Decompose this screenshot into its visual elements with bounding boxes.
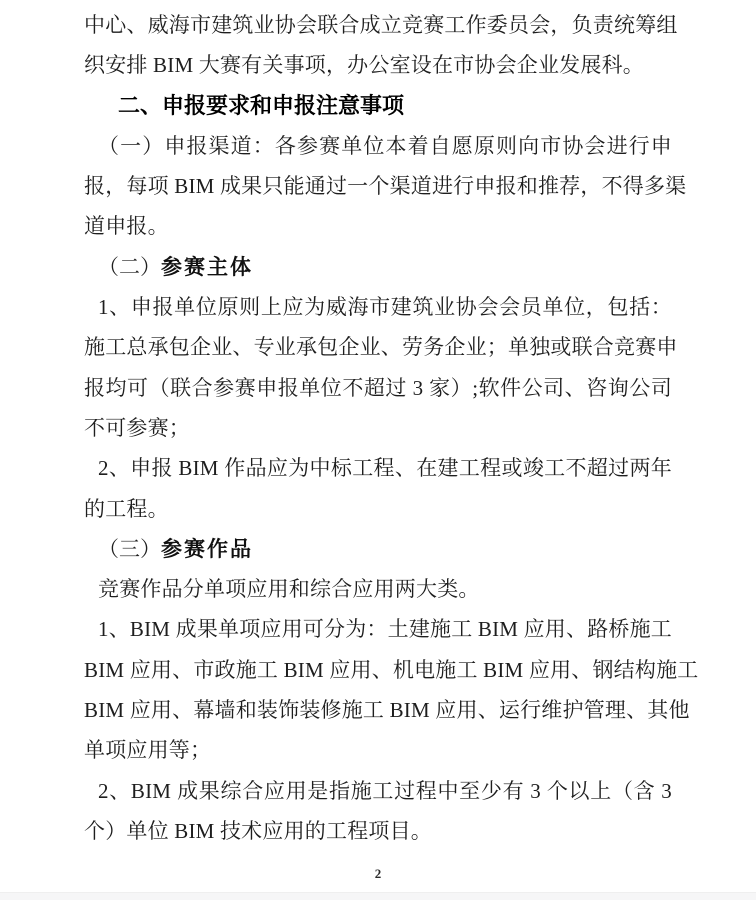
subsection-number: （二） [98, 255, 161, 279]
subsection-heading: （二）参赛主体 [84, 247, 672, 287]
body-line: 单项应用等； [84, 730, 672, 770]
page-bottom-edge [0, 892, 756, 900]
subsection-title: 参赛作品 [161, 537, 253, 561]
page-number: 2 [0, 866, 756, 882]
body-line: 报均可（联合参赛申报单位不超过 3 家）;软件公司、咨询公司 [84, 368, 672, 408]
body-line: 施工总承包企业、专业承包企业、劳务企业；单独或联合竞赛申 [84, 327, 672, 367]
subsection-number: （三） [98, 537, 161, 561]
document-page: 中心、威海市建筑业协会联合成立竞赛工作委员会，负责统筹组 织安排 BIM 大赛有… [0, 0, 756, 900]
body-line: （一）申报渠道：各参赛单位本着自愿原则向市协会进行申 [84, 126, 672, 166]
subsection-title: 参赛主体 [161, 255, 253, 279]
body-line: 2、BIM 成果综合应用是指施工过程中至少有 3 个以上（含 3 [84, 771, 672, 811]
subsection-heading: （三）参赛作品 [84, 529, 672, 569]
body-line: 个）单位 BIM 技术应用的工程项目。 [84, 811, 672, 851]
body-line: 中心、威海市建筑业协会联合成立竞赛工作委员会，负责统筹组 [84, 5, 672, 45]
body-line: 道申报。 [84, 206, 672, 246]
body-line: BIM 应用、市政施工 BIM 应用、机电施工 BIM 应用、钢结构施工 [84, 650, 672, 690]
body-line: 的工程。 [84, 489, 672, 529]
body-line: 织安排 BIM 大赛有关事项，办公室设在市协会企业发展科。 [84, 45, 672, 85]
body-line: 1、申报单位原则上应为威海市建筑业协会会员单位，包括： [84, 287, 672, 327]
document-body: 中心、威海市建筑业协会联合成立竞赛工作委员会，负责统筹组 织安排 BIM 大赛有… [84, 5, 672, 851]
body-line: 报，每项 BIM 成果只能通过一个渠道进行申报和推荐，不得多渠 [84, 166, 672, 206]
section-heading: 二、申报要求和申报注意事项 [84, 86, 672, 126]
body-line: BIM 应用、幕墙和装饰装修施工 BIM 应用、运行维护管理、其他 [84, 690, 672, 730]
body-line: 竞赛作品分单项应用和综合应用两大类。 [84, 569, 672, 609]
body-line: 1、BIM 成果单项应用可分为：土建施工 BIM 应用、路桥施工 [84, 609, 672, 649]
body-line: 2、申报 BIM 作品应为中标工程、在建工程或竣工不超过两年 [84, 448, 672, 488]
body-line: 不可参赛； [84, 408, 672, 448]
